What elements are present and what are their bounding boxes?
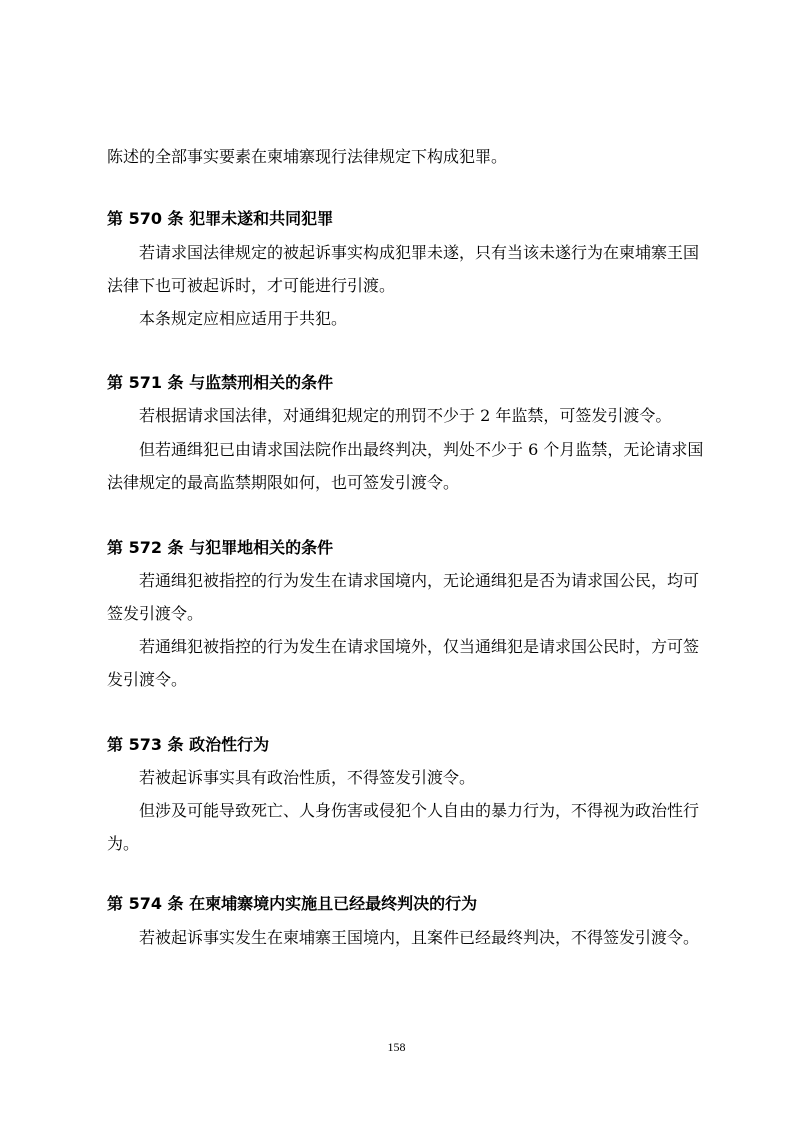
paragraph-line: 但若通缉犯已由请求国法院作出最终判决，判处不少于 6 个月监禁，无论请求国 (139, 440, 703, 460)
paragraph-line: 若根据请求国法律，对通缉犯规定的刑罚不少于 2 年监禁，可签发引渡令。 (139, 406, 671, 426)
article-heading: 第 571 条 与监禁刑相关的条件 (107, 373, 333, 393)
paragraph-line: 若请求国法律规定的被起诉事实构成犯罪未遂，只有当该未遂行为在柬埔寨王国 (139, 243, 699, 263)
paragraph-line: 发引渡令。 (107, 670, 187, 690)
article-heading: 第 570 条 犯罪未遂和共同犯罪 (107, 209, 333, 229)
paragraph-line: 本条规定应相应适用于共犯。 (139, 309, 347, 329)
paragraph-line: 若被起诉事实发生在柬埔寨王国境内，且案件已经最终判决，不得签发引渡令。 (139, 928, 699, 948)
paragraph-line: 若通缉犯被指控的行为发生在请求国境内，无论通缉犯是否为请求国公民，均可 (139, 571, 699, 591)
article-heading: 第 573 条 政治性行为 (107, 735, 269, 755)
paragraph-line: 若通缉犯被指控的行为发生在请求国境外，仅当通缉犯是请求国公民时，方可签 (139, 637, 699, 657)
paragraph-line: 若被起诉事实具有政治性质，不得签发引渡令。 (139, 768, 475, 788)
paragraph-line: 陈述的全部事实要素在柬埔寨现行法律规定下构成犯罪。 (107, 147, 507, 167)
article-heading: 第 572 条 与犯罪地相关的条件 (107, 538, 333, 558)
article-heading: 第 574 条 在柬埔寨境内实施且已经最终判决的行为 (107, 894, 477, 914)
page-number: 158 (0, 1040, 793, 1055)
paragraph-line: 签发引渡令。 (107, 604, 203, 624)
paragraph-line: 法律规定的最高监禁期限如何，也可签发引渡令。 (107, 473, 459, 493)
paragraph-line: 但涉及可能导致死亡、人身伤害或侵犯个人自由的暴力行为，不得视为政治性行 (139, 801, 699, 821)
paragraph-line: 法律下也可被起诉时，才可能进行引渡。 (107, 276, 395, 296)
paragraph-line: 为。 (107, 834, 139, 854)
